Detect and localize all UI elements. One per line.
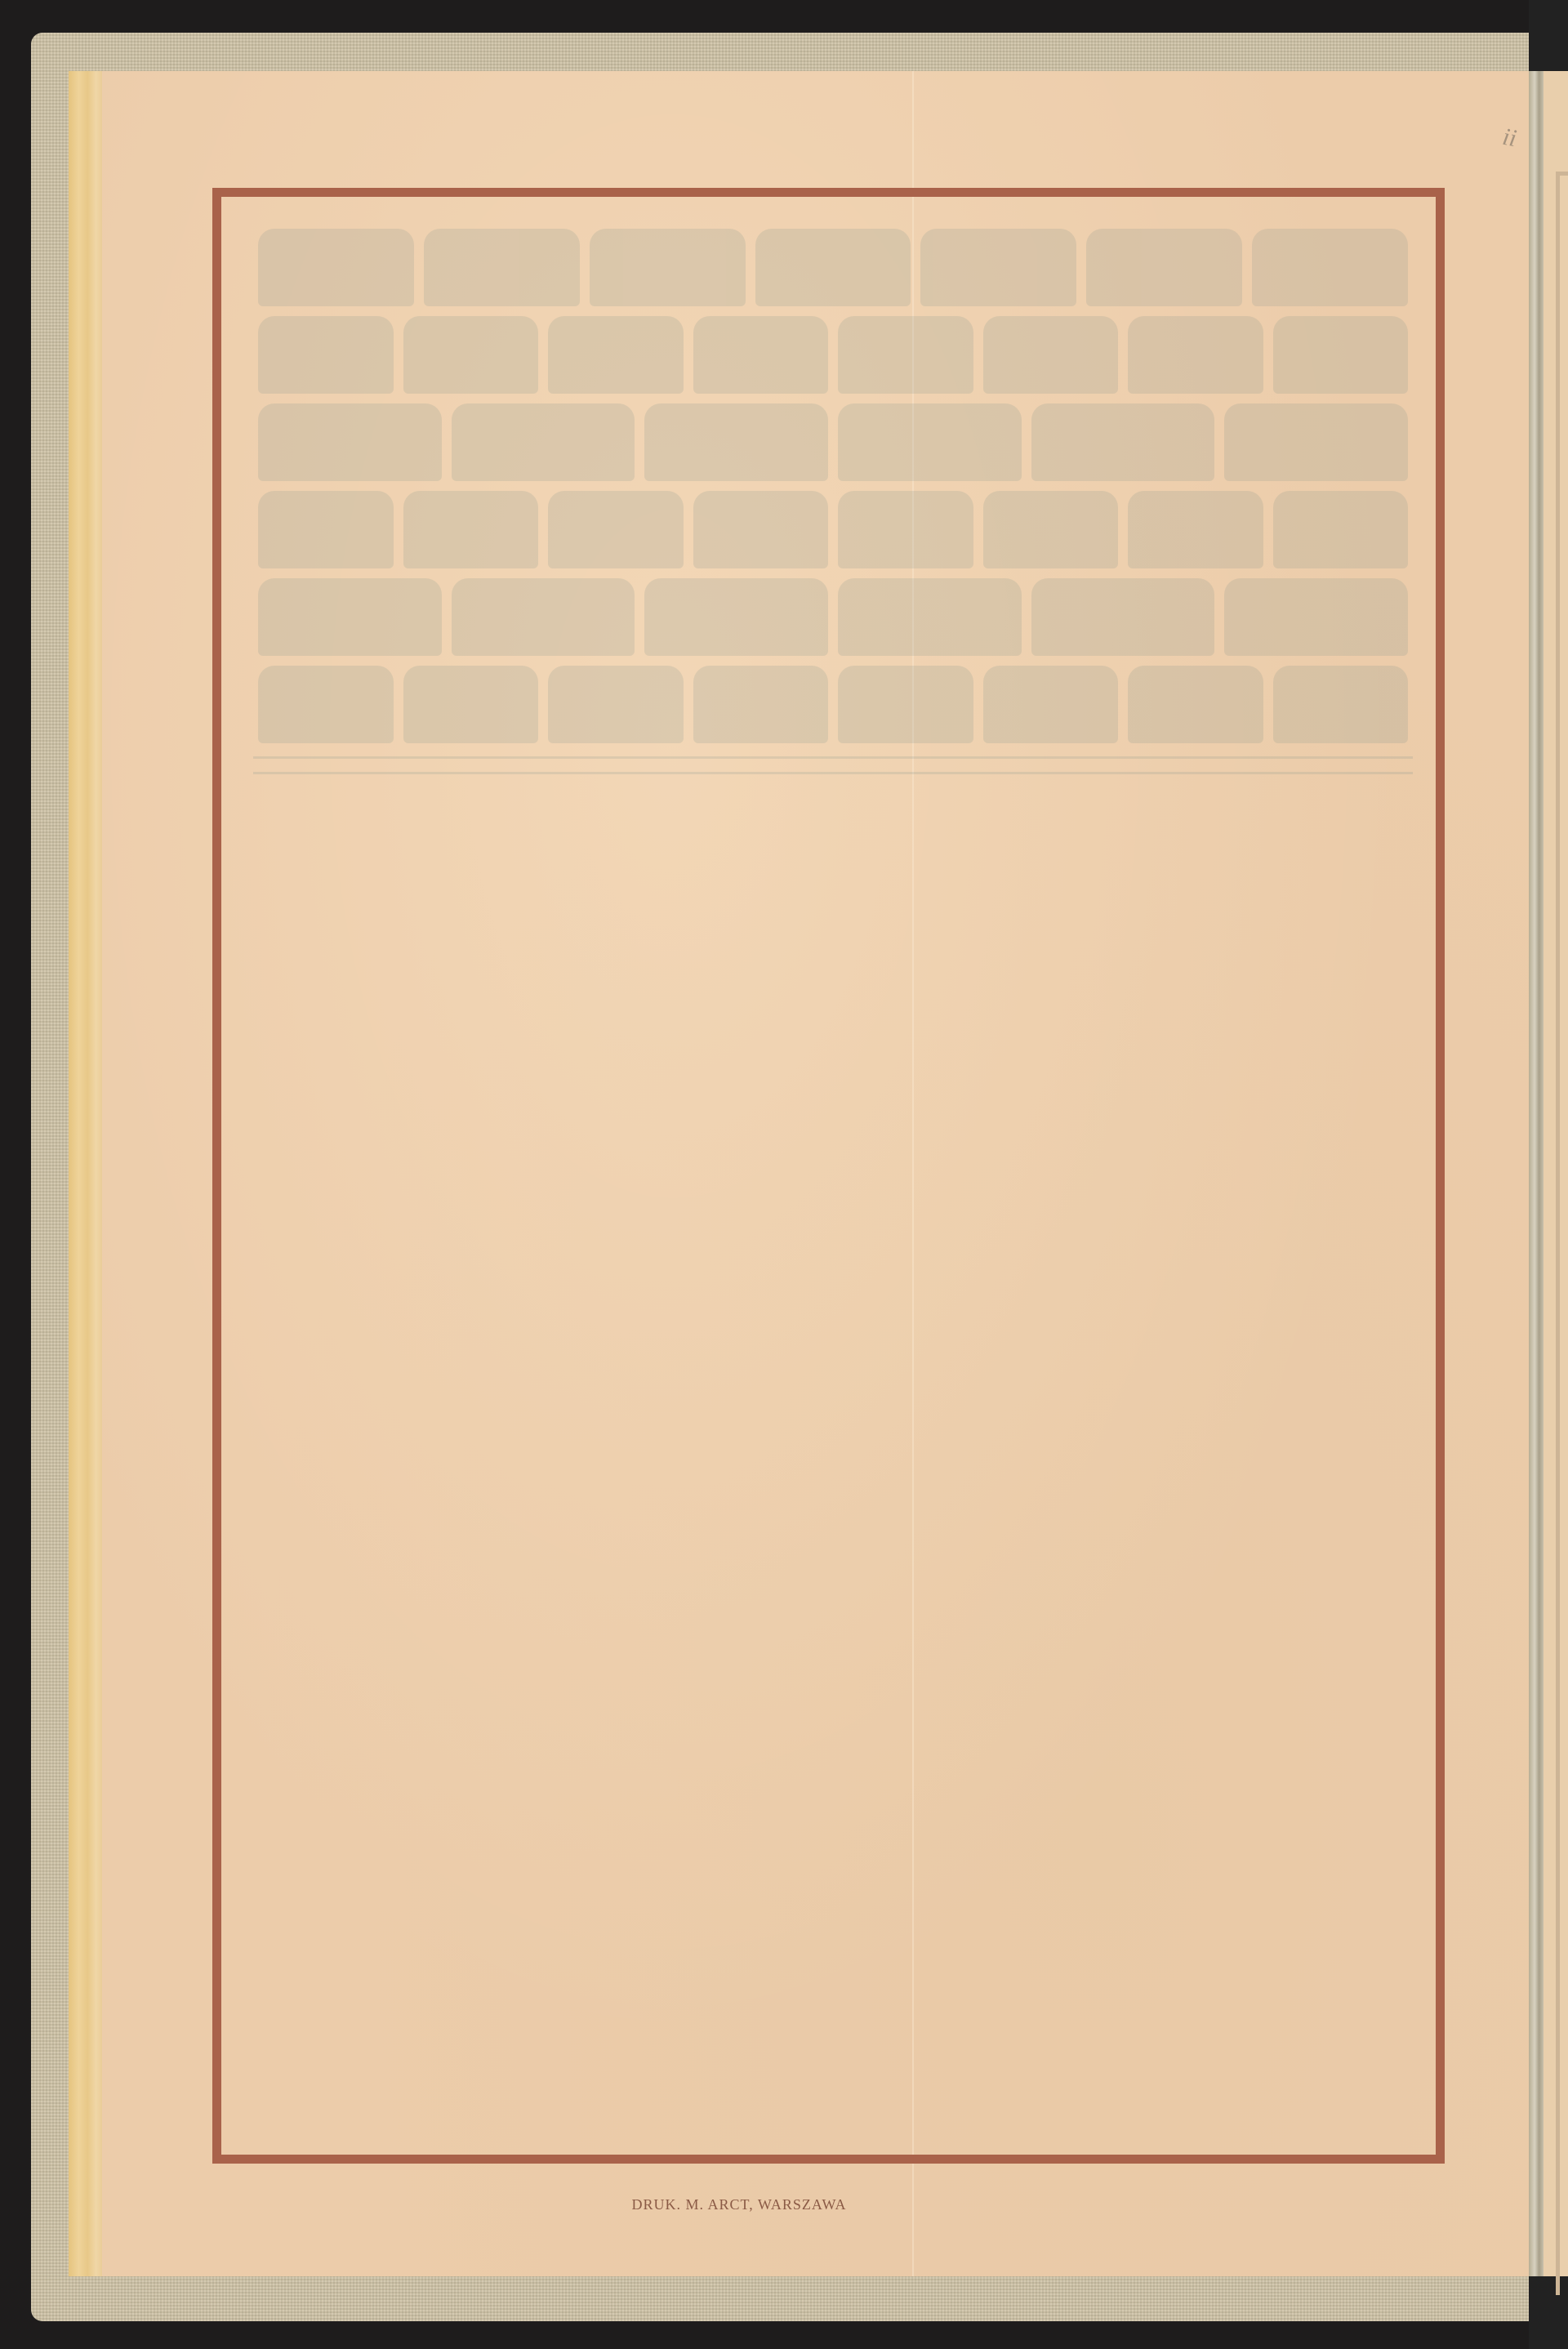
background-corner xyxy=(1529,0,1568,74)
binding-gutter xyxy=(1529,71,1543,2276)
page-edges xyxy=(69,71,103,2276)
decorative-frame-border xyxy=(212,188,1445,2164)
printer-imprint: DRUK. M. ARCT, WARSZAWA xyxy=(0,2196,1568,2213)
facing-page-frame xyxy=(1556,172,1568,2295)
